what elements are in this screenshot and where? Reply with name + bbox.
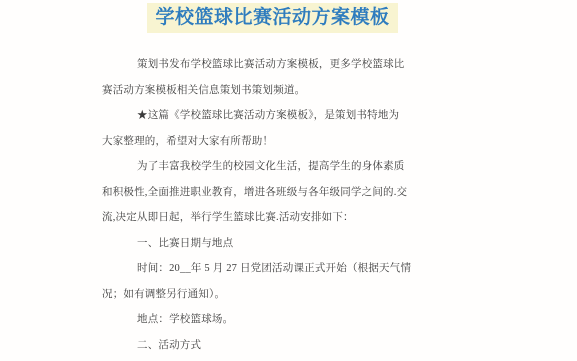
paragraph-line: 大家整理的，希望对大家有所帮助！: [102, 129, 442, 155]
document-body: 策划书发布学校篮球比赛活动方案模板，更多学校篮球比赛活动方案模板相关信息策划书策…: [102, 52, 442, 358]
paragraph-line: 流,决定从即日起，举行学生篮球比赛.活动安排如下：: [102, 205, 442, 231]
paragraph-line: 为了丰富我校学生的校园文化生活，提高学生的身体素质: [102, 154, 442, 180]
paragraph-line: 和积极性,全面推进职业教育，增进各班级与各年级同学之间的.交: [102, 180, 442, 206]
section-heading-line: 二、活动方式: [102, 333, 442, 359]
paragraph-line: 赛活动方案模板相关信息策划书策划频道。: [102, 78, 442, 104]
document-title: 学校篮球比赛活动方案模板: [147, 3, 397, 33]
document-page: 学校篮球比赛活动方案模板 策划书发布学校篮球比赛活动方案模板，更多学校篮球比赛活…: [0, 0, 577, 361]
paragraph-line: 况；如有调整另行通知）。: [102, 282, 442, 308]
title-row: 学校篮球比赛活动方案模板: [0, 3, 577, 33]
section-heading-line: 一、比赛日期与地点: [102, 231, 442, 257]
paragraph-line: 策划书发布学校篮球比赛活动方案模板，更多学校篮球比: [102, 52, 442, 78]
paragraph-line: 时间：20__年 5 月 27 日党团活动课正式开始（根据天气情: [102, 256, 442, 282]
paragraph-line: 地点：学校篮球场。: [102, 307, 442, 333]
paragraph-line: ★这篇《学校篮球比赛活动方案模板》，是策划书特地为: [102, 103, 442, 129]
